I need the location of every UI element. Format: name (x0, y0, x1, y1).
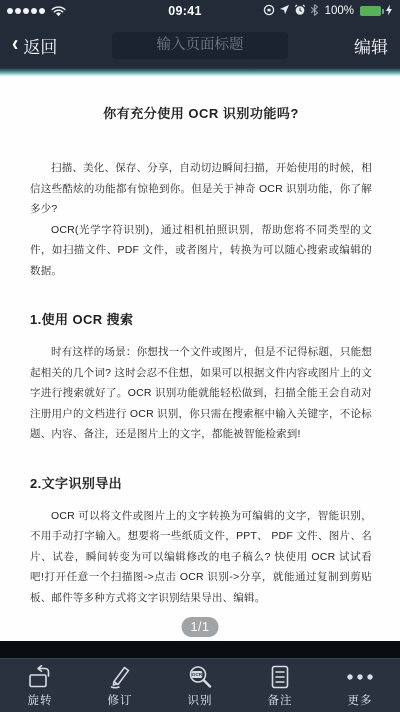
note-button[interactable]: 备注 (240, 659, 320, 712)
signal-dot-icon (15, 8, 21, 14)
chevron-left-icon: ‹ (12, 32, 18, 57)
app-screen: 09:41 (0, 0, 400, 712)
signal-area (7, 6, 127, 17)
document-paragraph: OCR(光学字符识别)，通过相机拍照识别，帮助您将不同类型的文件，如扫描文件、P… (30, 220, 372, 282)
toolbar-label: 更多 (348, 692, 373, 708)
bottom-toolbar: 旋转 修订 OCR 识别 (0, 658, 400, 712)
accent-divider (0, 68, 400, 77)
page-title-input[interactable] (112, 32, 288, 59)
ocr-recognize-button[interactable]: OCR 识别 (160, 659, 240, 712)
rotation-lock-icon (263, 4, 275, 19)
more-button[interactable]: 更多 (320, 659, 400, 712)
toolbar-label: 识别 (188, 692, 213, 708)
pencil-icon (107, 664, 133, 690)
more-dots-icon (345, 664, 375, 690)
alarm-clock-icon (294, 4, 306, 19)
nav-bar: ‹ 返回 编辑 (0, 22, 400, 68)
status-bar: 09:41 (0, 0, 400, 22)
document-page[interactable]: 你有充分使用 OCR 识别功能吗? 扫描、美化、保存、分享，自动切边瞬间扫描，开… (0, 77, 400, 641)
document-title: 你有充分使用 OCR 识别功能吗? (30, 103, 372, 122)
bottom-black-strip (0, 641, 400, 658)
revise-button[interactable]: 修订 (80, 659, 160, 712)
location-arrow-icon (279, 4, 290, 18)
section-heading: 1.使用 OCR 搜索 (30, 309, 372, 328)
charging-bolt-icon (385, 4, 393, 19)
signal-dot-icon (7, 8, 13, 14)
toolbar-label: 备注 (268, 692, 293, 708)
toolbar-label: 修订 (108, 692, 133, 708)
rotate-icon (27, 664, 53, 690)
battery-icon (360, 6, 381, 16)
toolbar-label: 旋转 (28, 692, 53, 708)
back-label: 返回 (23, 33, 57, 58)
wifi-icon (51, 6, 66, 17)
battery-percent: 100% (325, 5, 354, 17)
document-content: 你有充分使用 OCR 识别功能吗? 扫描、美化、保存、分享，自动切边瞬间扫描，开… (30, 103, 372, 608)
document-paragraph: 时有这样的场景：你想找一个文件或图片，但是不记得标题，只能想起相关的几个词? 这… (30, 342, 372, 445)
bluetooth-icon (310, 4, 319, 19)
signal-dot-icon (39, 8, 45, 14)
note-icon (267, 664, 293, 690)
status-right: 100% (243, 4, 393, 19)
document-paragraph: OCR 可以将文件或图片上的文字转换为可编辑的文字，智能识别，不用手动打字输入。… (30, 506, 372, 609)
ocr-badge-text: OCR (191, 672, 202, 677)
rotate-button[interactable]: 旋转 (0, 659, 80, 712)
signal-dot-icon (23, 8, 29, 14)
page-indicator: 1/1 (182, 617, 219, 637)
status-time: 09:41 (127, 4, 243, 18)
edit-button[interactable]: 编辑 (292, 33, 388, 58)
back-button[interactable]: ‹ 返回 (12, 33, 108, 58)
section-heading: 2.文字识别导出 (30, 473, 372, 492)
ocr-magnifier-icon: OCR (187, 664, 214, 690)
document-paragraph: 扫描、美化、保存、分享，自动切边瞬间扫描，开始使用的时候，相信这些酷炫的功能都有… (30, 158, 372, 220)
signal-dot-icon (31, 8, 37, 14)
